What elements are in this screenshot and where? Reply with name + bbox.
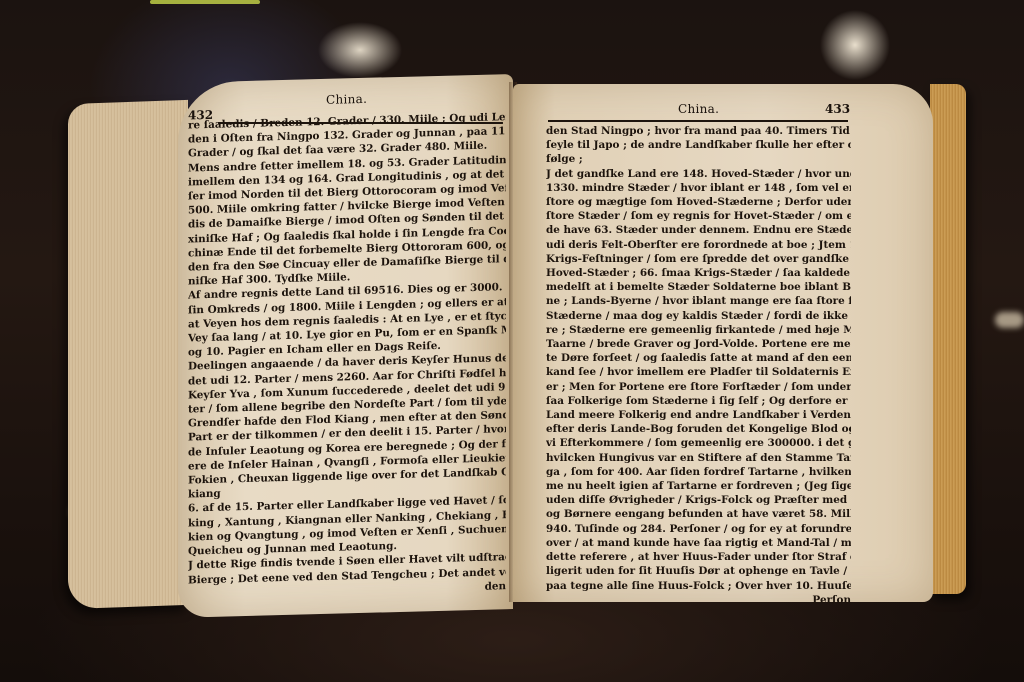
text-line: ne ; Lands-Byerne / hvor iblant mange er…	[546, 294, 851, 308]
text-line: vi Efterkommere / ſom gemeenlig ere 3000…	[546, 436, 851, 450]
text-line: dette referere , at hver Huus-Fader unde…	[546, 550, 851, 564]
text-line: udi deris Felt-Oberſter ere forordnede a…	[546, 238, 851, 252]
text-line: ga , ſom for 400. Aar ſiden fordref Tart…	[546, 465, 851, 479]
text-line: paa tegne alle ſine Huus-Folck ; Over hv…	[546, 579, 851, 593]
right-page: China. 433 den Stad Ningpo ; hvor fra ma…	[513, 84, 933, 602]
running-title: China.	[678, 102, 719, 116]
text-line: følge ;	[546, 152, 851, 166]
left-page: 432 China. re ſaaledis / Breden 12. Grad…	[178, 74, 513, 618]
text-line: Perſon	[546, 593, 851, 607]
text-line: kand ſee / hvor imellem ere Pladſer til …	[546, 365, 851, 379]
text-line: over / at mand kunde have ſaa rigtig et …	[546, 536, 851, 550]
text-line: me nu heelt igien af Tartarne er fordrev…	[546, 479, 851, 493]
text-line: Stæderne / maa dog ey kaldis Stæder / fo…	[546, 309, 851, 323]
text-line: ſeyle til Japo ; de andre Landſkaber ſku…	[546, 138, 851, 152]
book-page-edges-left	[68, 100, 188, 609]
open-book: 432 China. re ſaaledis / Breden 12. Grad…	[68, 62, 968, 612]
text-line: den Stad Ningpo ; hvor fra mand paa 40. …	[546, 124, 851, 138]
text-line: de have 63. Stæder under dennem. Endnu e…	[546, 223, 851, 237]
page-number: 433	[825, 102, 850, 116]
text-line: er ; Men for Portene ere ſtore Forſtæder…	[546, 380, 851, 394]
book-page-edges-right	[930, 84, 966, 594]
text-line: uden diſſe Øvrigheder / Krigs-Folck og P…	[546, 493, 851, 507]
header-rule	[548, 120, 848, 122]
text-line: Hoved-Stæder ; 66. ſmaa Krigs-Stæder / ſ…	[546, 266, 851, 280]
right-page-body-text: den Stad Ningpo ; hvor fra mand paa 40. …	[546, 124, 851, 607]
text-line: ſtore og mægtige ſom Hoved-Stæderne ; De…	[546, 195, 851, 209]
text-line: ſtore Stæder / ſom ey regnis for Hovet-S…	[546, 209, 851, 223]
text-line: hvilcken Hungivus var en Stiftere af den…	[546, 451, 851, 465]
background-light-reflection	[995, 312, 1024, 328]
text-line: Land meere Folkerig end andre Landſkaber…	[546, 408, 851, 422]
text-line: J det gandſke Land ere 148. Hoved-Stæder…	[546, 167, 851, 181]
text-line: og Børnere eengang befunden at have være…	[546, 507, 851, 521]
background-green-light	[150, 0, 260, 4]
text-line: efter deris Lande-Bog foruden det Kongel…	[546, 422, 851, 436]
text-line: 940. Tuſinde og 284. Perſoner / og for e…	[546, 522, 851, 536]
text-line: Krigs-Feſtninger / ſom ere ſpredde det o…	[546, 252, 851, 266]
text-line: te Døre forſeet / og ſaaledis ſatte at m…	[546, 351, 851, 365]
text-line: medelſt at i bemelte Stæder Soldaterne b…	[546, 280, 851, 294]
text-line: re ; Stæderne ere gemeenlig firkantede /…	[546, 323, 851, 337]
text-line: 1330. mindre Stæder / hvor iblant er 148…	[546, 181, 851, 195]
running-title: China.	[326, 92, 367, 107]
left-page-body-text: re ſaaledis / Breden 12. Grader / 330. M…	[188, 110, 506, 601]
text-line: Taarne / brede Graver og Jord-Volde. Por…	[546, 337, 851, 351]
text-line: ligerit uden for ſit Huuſis Dør at ophen…	[546, 564, 851, 578]
text-line: ſaa Folkerige ſom Stæderne i ſig ſelf ; …	[546, 394, 851, 408]
right-running-head: China. 433	[513, 98, 933, 120]
